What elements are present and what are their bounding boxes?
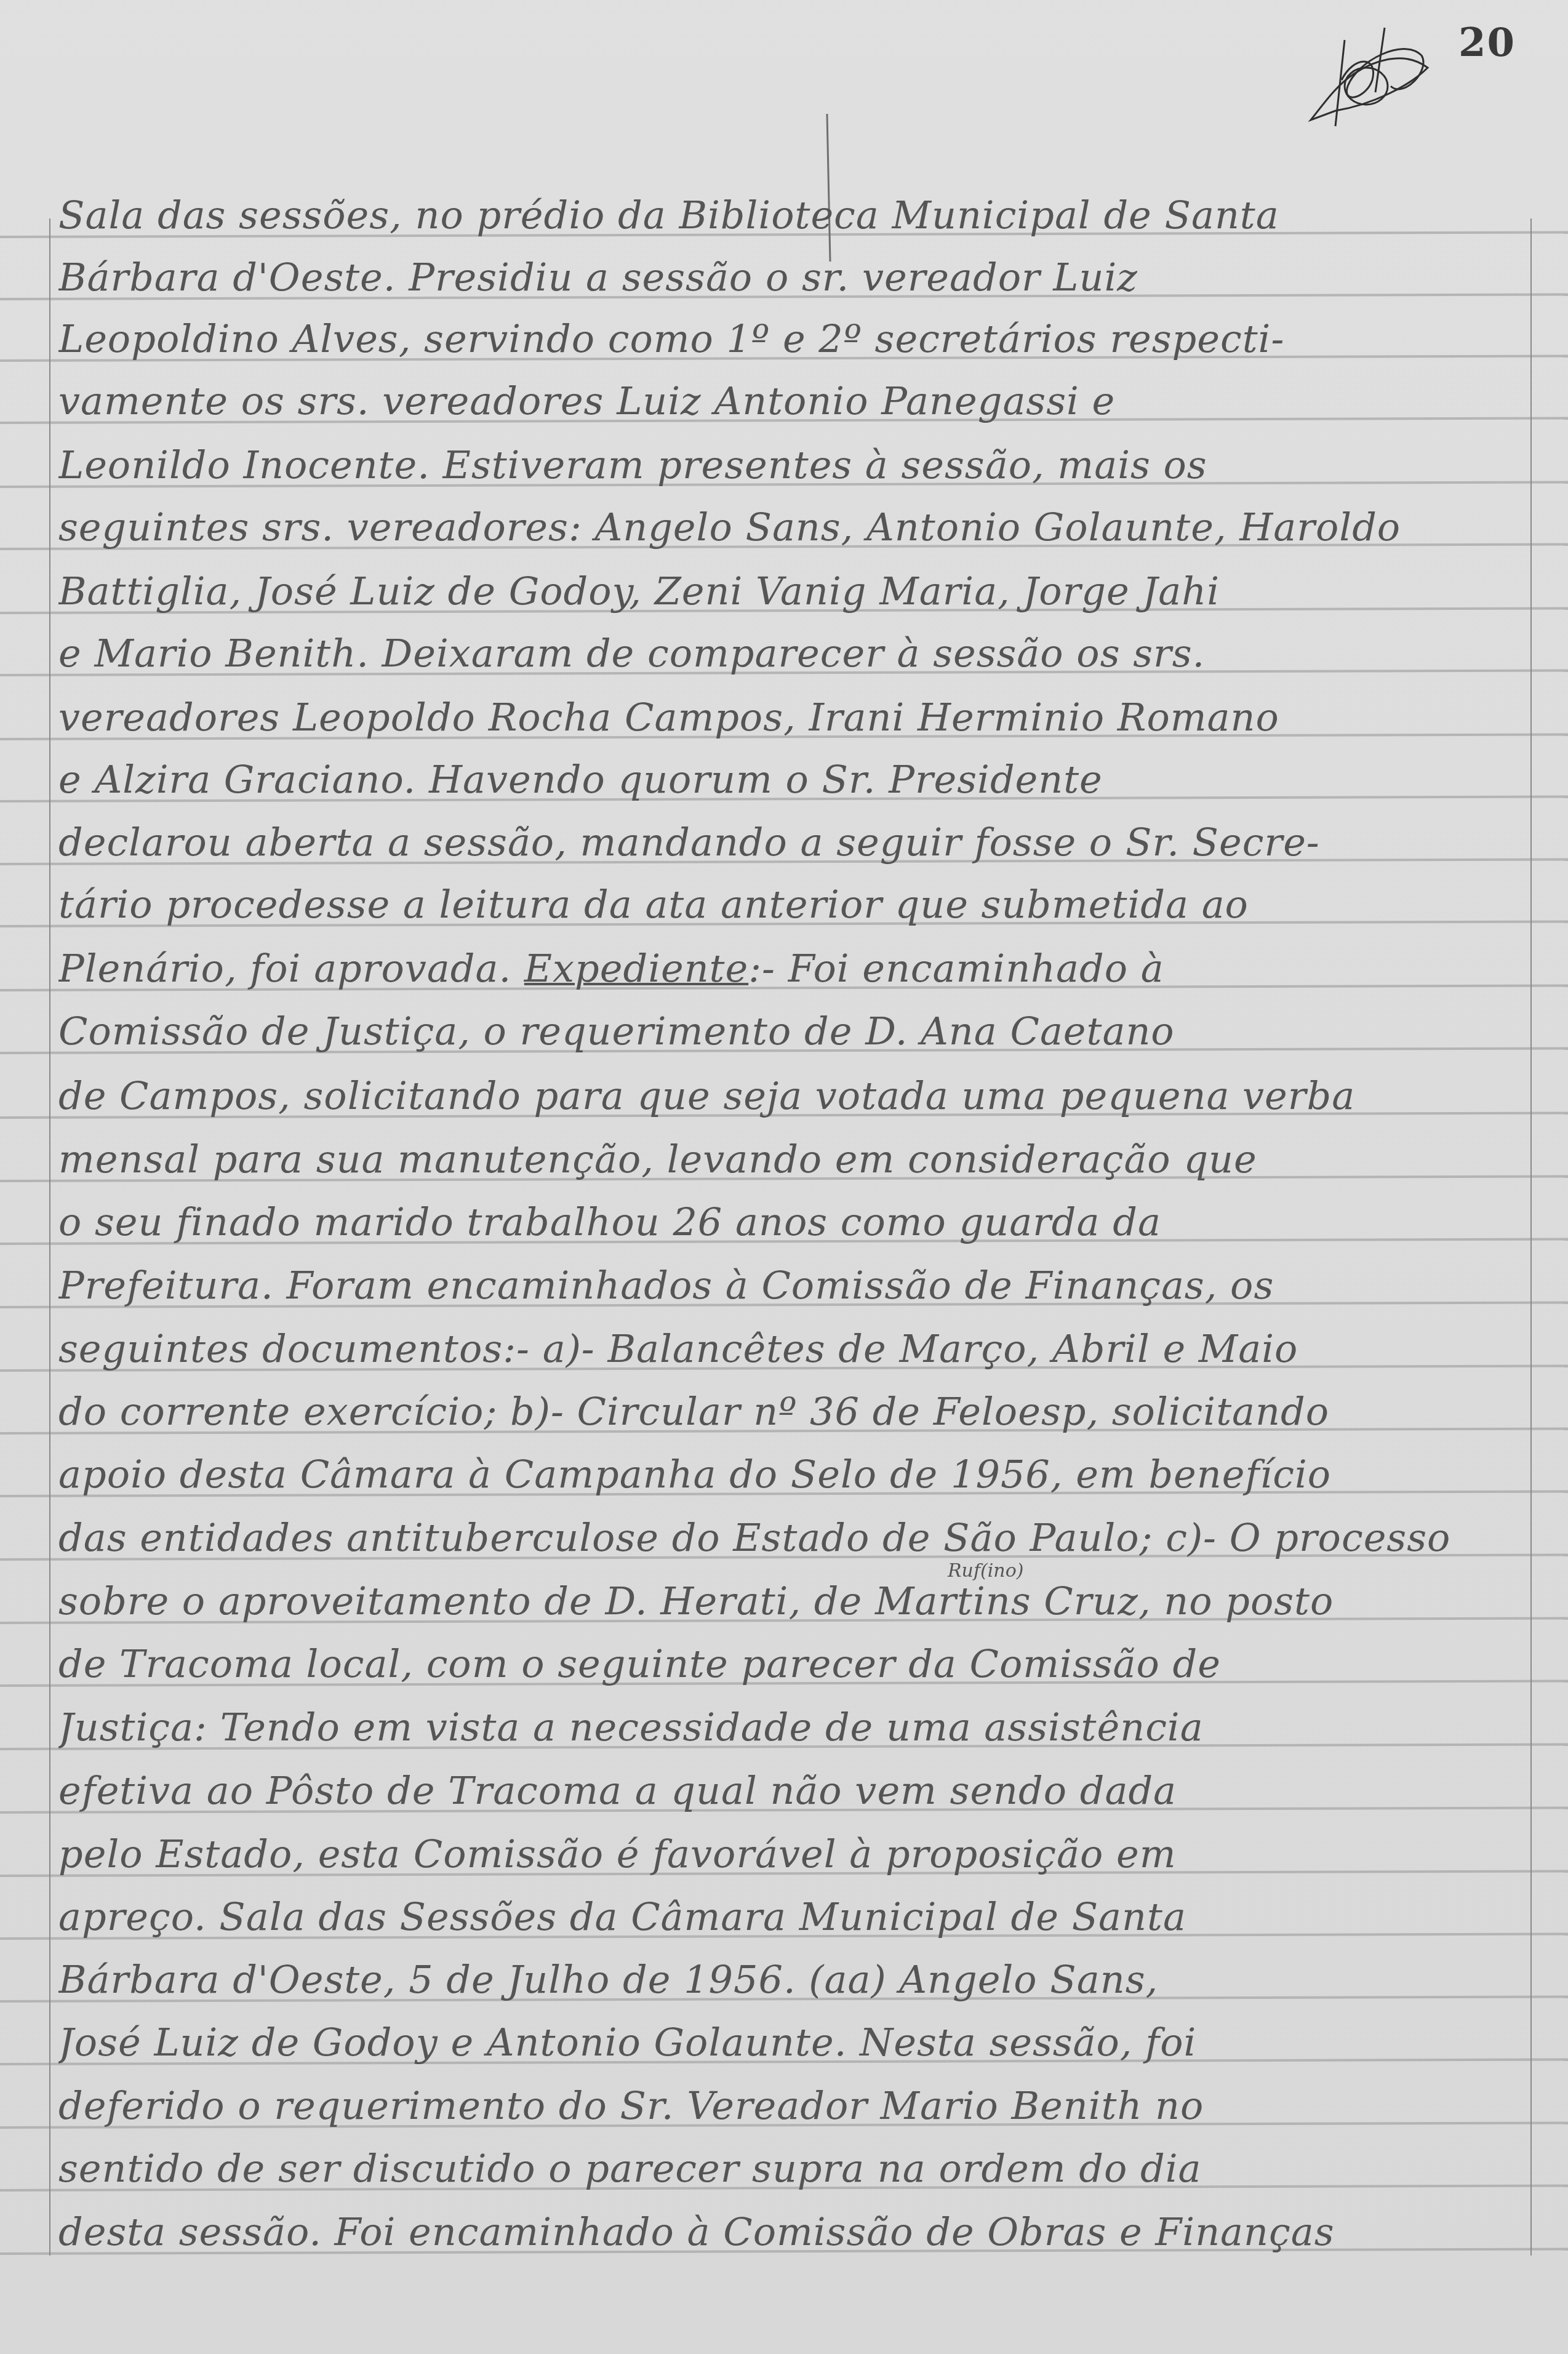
- pen-stroke: [826, 114, 831, 262]
- text-line: do corrente exercício; b)- Circular nº 3…: [58, 1390, 1523, 1433]
- text-line: de Tracoma local, com o seguinte parecer…: [58, 1643, 1523, 1686]
- text-line: efetiva ao Pôsto de Tracoma a qual não v…: [58, 1769, 1523, 1812]
- text-line: sobre o aproveitamento de D. Herati, de …: [58, 1580, 1523, 1623]
- text-line: desta sessão. Foi encaminhado à Comissão…: [58, 2211, 1523, 2254]
- text-line: mensal para sua manutenção, levando em c…: [58, 1138, 1523, 1181]
- text-line: Bárbara d'Oeste, 5 de Julho de 1956. (aa…: [58, 1958, 1523, 2001]
- text-line: e Mario Benith. Deixaram de comparecer à…: [58, 632, 1523, 675]
- section-heading-expediente: Expediente: [524, 947, 748, 990]
- text-line: Battiglia, José Luiz de Godoy, Zeni Vani…: [58, 570, 1523, 613]
- text-line: Leopoldino Alves, servindo como 1º e 2º …: [58, 318, 1523, 361]
- text-line: José Luiz de Godoy e Antonio Golaunte. N…: [58, 2021, 1523, 2064]
- text-line: das entidades antituberculose do Estado …: [58, 1516, 1523, 1559]
- text-line: vereadores Leopoldo Rocha Campos, Irani …: [58, 696, 1523, 739]
- text-line: Plenário, foi aprovada. Expediente:- Foi…: [58, 947, 1523, 990]
- text-line: tário procedesse a leitura da ata anteri…: [58, 883, 1523, 926]
- document-page: 20 Sala das sessões, no prédio da Biblio…: [0, 0, 1568, 2354]
- text-line: apoio desta Câmara à Campanha do Selo de…: [58, 1453, 1523, 1496]
- right-margin-line: [1530, 218, 1532, 2256]
- text-line: Leonildo Inocente. Estiveram presentes à…: [58, 444, 1523, 487]
- text-line: seguintes srs. vereadores: Angelo Sans, …: [58, 506, 1523, 549]
- text-line: de Campos, solicitando para que seja vot…: [58, 1075, 1523, 1118]
- text-line: vamente os srs. vereadores Luiz Antonio …: [58, 380, 1523, 423]
- left-margin-line: [49, 218, 50, 2256]
- text-line: apreço. Sala das Sessões da Câmara Munic…: [58, 1896, 1523, 1939]
- text-line: declarou aberta a sessão, mandando a seg…: [58, 821, 1523, 864]
- text-line: Bárbara d'Oeste. Presidiu a sessão o sr.…: [58, 256, 1523, 299]
- text-line: Comissão de Justiça, o requerimento de D…: [58, 1010, 1523, 1053]
- interlinear-note: Ruf(ino): [948, 1560, 1023, 1582]
- signature-icon: [1298, 12, 1440, 129]
- text-line: Prefeitura. Foram encaminhados à Comissã…: [58, 1264, 1523, 1307]
- text-line: deferido o requerimento do Sr. Vereador …: [58, 2084, 1523, 2128]
- text-line: Justiça: Tendo em vista a necessidade de…: [58, 1706, 1523, 1749]
- text-line: seguintes documentos:- a)- Balancêtes de…: [58, 1327, 1523, 1371]
- text-line: sentido de ser discutido o parecer supra…: [58, 2147, 1523, 2190]
- page-number: 20: [1458, 20, 1516, 66]
- text-line: pelo Estado, esta Comissão é favorável à…: [58, 1833, 1523, 1876]
- text-line: e Alzira Graciano. Havendo quorum o Sr. …: [58, 758, 1523, 801]
- text-line: Sala das sessões, no prédio da Bibliotec…: [58, 194, 1523, 237]
- text-line: o seu finado marido trabalhou 26 anos co…: [58, 1201, 1523, 1244]
